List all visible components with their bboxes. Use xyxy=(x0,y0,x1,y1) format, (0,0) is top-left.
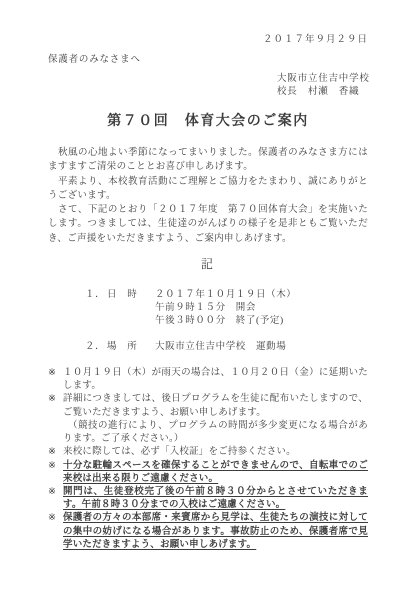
note-program-distribution: ※ 詳細につきましては、後日プログラムを生徒に配布いたしますので、ご覧いただきま… xyxy=(48,393,368,419)
document-title: 第７０回 体育大会のご案内 xyxy=(48,113,368,130)
paragraph-thanks: 平素より、本校教育活動にご理解とご協力をたまわり、誠にありがとうございます。 xyxy=(48,175,368,204)
note-marker: ※ xyxy=(48,486,63,512)
note-schedule-change: （競技の進行により、プログラムの時間が多少変更になる場合があります。ご了承くださ… xyxy=(48,420,368,446)
note-text: （競技の進行により、プログラムの時間が多少変更になる場合があります。ご了承くださ… xyxy=(63,420,368,446)
schedule-item-place: ２． 場 所 大阪市立住吉中学校 運動場 xyxy=(48,341,368,354)
sender-block: 大阪市立住吉中学校 校長 村瀬 香織 xyxy=(277,73,368,98)
school-name: 大阪市立住吉中学校 xyxy=(277,73,368,86)
schedule-item-datetime: １． 日 時 ２０１７年１０月１９日（木） 午前９時１５分 開会 午後３時００分… xyxy=(48,289,368,328)
note-marker: ※ xyxy=(48,367,63,393)
event-date: ２０１７年１０月１９日（木） xyxy=(155,289,368,302)
event-end-time: 午後３時００分 終了(予定) xyxy=(155,315,368,328)
event-venue: 大阪市立住吉中学校 運動場 xyxy=(155,341,368,354)
schedule-item-label: 日 時 xyxy=(107,289,155,328)
schedule-item-number: １． xyxy=(85,289,107,328)
note-text: １０月１９日（木）が雨天の場合は、１０月２０日（金）に延期いたします。 xyxy=(63,367,368,393)
schedule-item-label: 場 所 xyxy=(107,341,155,354)
document-page: ２０１７年９月２９日 保護者のみなさまへ 大阪市立住吉中学校 校長 村瀬 香織 … xyxy=(0,0,420,594)
schedule-item-number: ２． xyxy=(85,341,107,354)
note-gate-opening: ※ 開門は、生徒登校完了後の午前８時３０分からとさせていただきます。午前８時３０… xyxy=(48,486,368,512)
record-marker: 記 xyxy=(48,257,368,272)
document-date: ２０１７年９月２９日 xyxy=(48,34,368,47)
paragraph-greeting: 秋風の心地よい季節になってまいりました。保護者のみなさま方にはますますご清栄のこ… xyxy=(48,146,368,175)
note-text: 十分な駐輪スペースを確保することができませんので、自転車でのご来校は出来る限りご… xyxy=(63,460,368,486)
schedule-item-values: 大阪市立住吉中学校 運動場 xyxy=(155,341,368,354)
note-text: 保護者の方々の本部席・来賓席から見学は、生徒たちの演技に対しての集中の妨げになる… xyxy=(63,512,368,552)
note-seating-restriction: ※ 保護者の方々の本部席・来賓席から見学は、生徒たちの演技に対しての集中の妨げに… xyxy=(48,512,368,552)
recipient-line: 保護者のみなさまへ xyxy=(48,54,368,67)
event-start-time: 午前９時１５分 開会 xyxy=(155,302,368,315)
note-text: 来校に際しては、必ず「入校証」をご持参ください。 xyxy=(63,446,368,459)
notes-section: ※ １０月１９日（木）が雨天の場合は、１０月２０日（金）に延期いたします。 ※ … xyxy=(48,367,368,552)
body-paragraphs: 秋風の心地よい季節になってまいりました。保護者のみなさま方にはますますご清栄のこ… xyxy=(48,146,368,246)
principal-name: 校長 村瀬 香織 xyxy=(277,86,368,99)
schedule-item-values: ２０１７年１０月１９日（木） 午前９時１５分 開会 午後３時００分 終了(予定) xyxy=(155,289,368,328)
note-marker: ※ xyxy=(48,512,63,552)
note-rain-postponement: ※ １０月１９日（木）が雨天の場合は、１０月２０日（金）に延期いたします。 xyxy=(48,367,368,393)
note-marker: ※ xyxy=(48,393,63,419)
note-entry-pass: ※ 来校に際しては、必ず「入校証」をご持参ください。 xyxy=(48,446,368,459)
note-text: 詳細につきましては、後日プログラムを生徒に配布いたしますので、ご覧いただきますよ… xyxy=(63,393,368,419)
paragraph-announcement: さて、下記のとおり「２０１７年度 第７０回体育大会」を実施いたします。つきまして… xyxy=(48,203,368,246)
schedule-section: １． 日 時 ２０１７年１０月１９日（木） 午前９時１５分 開会 午後３時００分… xyxy=(48,289,368,354)
note-marker xyxy=(48,420,63,446)
note-marker: ※ xyxy=(48,446,63,459)
note-text: 開門は、生徒登校完了後の午前８時３０分からとさせていただきます。午前８時３０分ま… xyxy=(63,486,368,512)
note-no-bicycles: ※ 十分な駐輪スペースを確保することができませんので、自転車でのご来校は出来る限… xyxy=(48,460,368,486)
note-marker: ※ xyxy=(48,460,63,486)
